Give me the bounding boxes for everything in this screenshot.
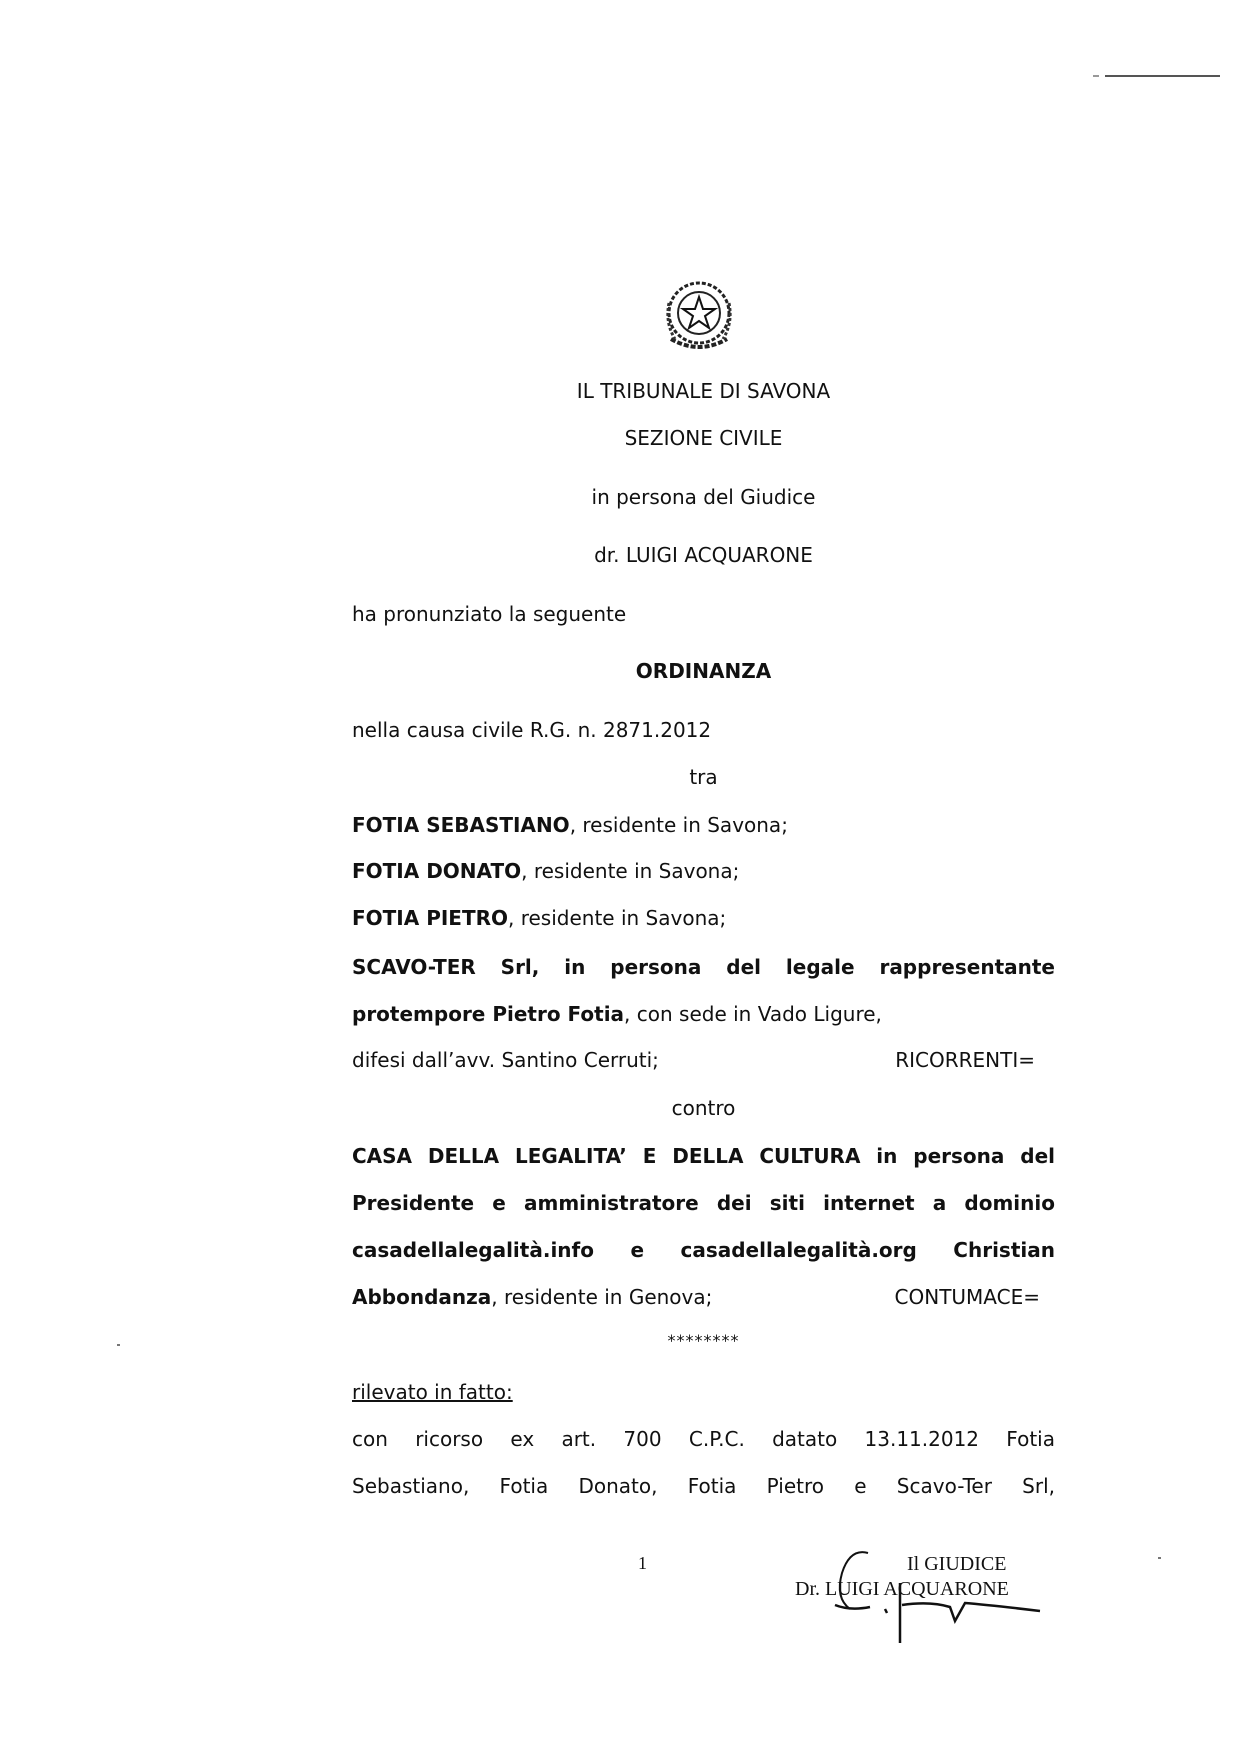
scan-artifact-dot	[117, 1344, 120, 1346]
counsel-line: difesi dall’avv. Santino Cerruti; RICORR…	[352, 1047, 1055, 1073]
contumace-label: CONTUMACE=	[895, 1284, 1040, 1310]
separator-stars: ********	[352, 1328, 1055, 1354]
facts-line-2: Sebastiano, Fotia Donato, Fotia Pietro e…	[352, 1473, 1055, 1499]
case-number-line: nella causa civile R.G. n. 2871.2012	[352, 717, 1055, 743]
in-persona-line: in persona del Giudice	[352, 484, 1055, 510]
defendant-line-1: CASA DELLA LEGALITA’ E DELLA CULTURA in …	[352, 1143, 1055, 1169]
defendant-line-3: casadellalegalità.info e casadellalegali…	[352, 1237, 1055, 1263]
scan-artifact-dot	[1158, 1557, 1161, 1559]
signature-icon	[790, 1543, 1060, 1643]
section-title: SEZIONE CIVILE	[352, 425, 1055, 451]
court-title: IL TRIBUNALE DI SAVONA	[352, 378, 1055, 404]
scan-artifact-line	[1105, 75, 1220, 77]
party-line: FOTIA DONATO, residente in Savona;	[352, 858, 1055, 884]
contro-line: contro	[352, 1095, 1055, 1121]
defendant-line-4: Abbondanza, residente in Genova; CONTUMA…	[352, 1284, 1055, 1310]
party-line: FOTIA PIETRO, residente in Savona;	[352, 905, 1055, 931]
scavo-ter-line: SCAVO-TER Srl, in persona del legale rap…	[352, 954, 1055, 980]
party-line: FOTIA SEBASTIANO, residente in Savona;	[352, 812, 1055, 838]
page-number: 1	[638, 1550, 647, 1576]
document-type: ORDINANZA	[352, 658, 1055, 684]
italian-republic-emblem-icon	[657, 273, 741, 357]
facts-line-1: con ricorso ex art. 700 C.P.C. datato 13…	[352, 1426, 1055, 1452]
defendant-line-2: Presidente e amministratore dei siti int…	[352, 1190, 1055, 1216]
judge-stamp-signature: Il GIUDICE Dr. LUIGI ACQUARONE	[790, 1543, 1060, 1643]
protempore-line: protempore Pietro Fotia, con sede in Vad…	[352, 1001, 1055, 1027]
judge-name: dr. LUIGI ACQUARONE	[352, 542, 1055, 568]
ricorrenti-label: RICORRENTI=	[895, 1047, 1035, 1073]
tra-line: tra	[352, 764, 1055, 790]
facts-heading: rilevato in fatto:	[352, 1379, 1055, 1405]
intro-line: ha pronunziato la seguente	[352, 601, 1055, 627]
